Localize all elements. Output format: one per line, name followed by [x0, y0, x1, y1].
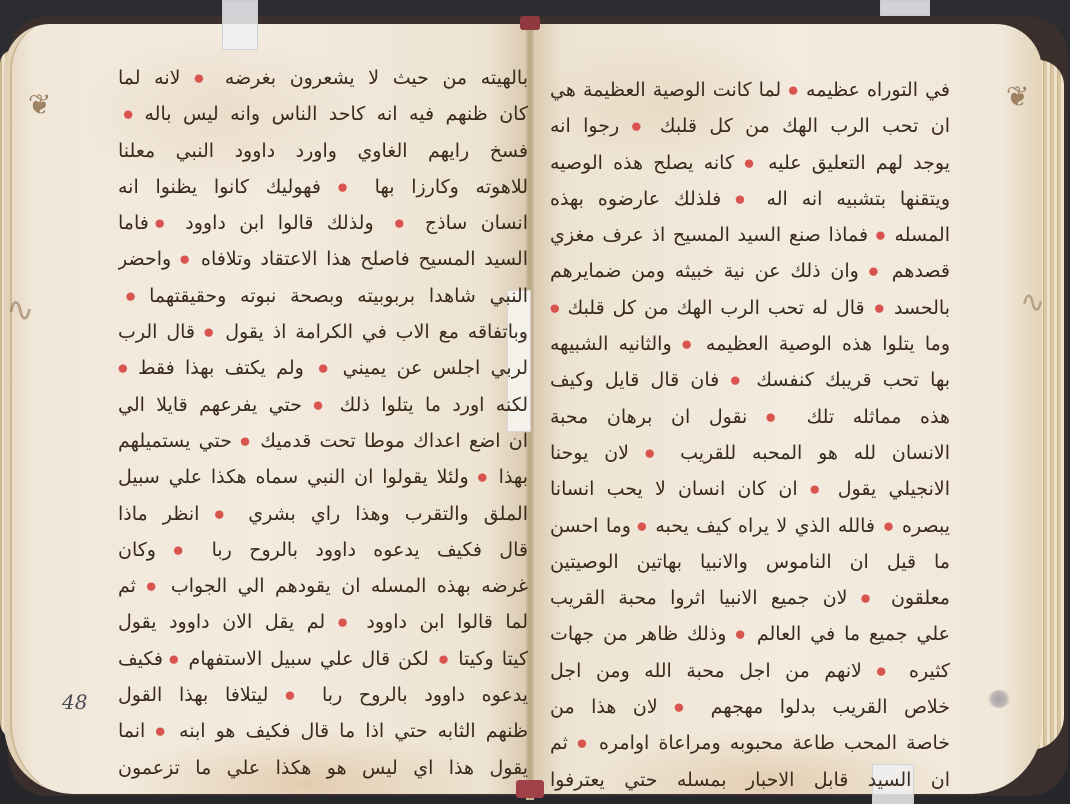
text-line: يقول هذا اي ليس هو هكذا علي ما تزعمون: [118, 750, 528, 786]
rubric-dot-icon: ●: [635, 446, 664, 459]
rubric-dot-icon: ●: [169, 652, 181, 665]
text-line: المسله ● فماذا صنع السيد المسيح اذ عرف م…: [550, 217, 950, 253]
text-line: الملق والتقرب وهذا راي بشري ● انظر ماذا: [118, 496, 528, 532]
text-line: ان اضع اعداك موطا تحت قدميك ● حتي يستميل…: [118, 423, 528, 459]
rubric-dot-icon: ●: [854, 592, 878, 605]
rubric-dot-icon: ●: [882, 519, 894, 532]
rubric-dot-icon: ●: [727, 192, 752, 205]
text-line: ما قيل ان الناموس والانبيا بهاتين الوصيت…: [550, 544, 950, 580]
rubric-dot-icon: ●: [725, 374, 745, 387]
rubric-dot-icon: ●: [740, 156, 758, 169]
rubric-dot-icon: ●: [574, 737, 590, 750]
text-line: بالحسد ● قال له تحب الرب الهك من كل قلبك…: [550, 290, 950, 326]
rubric-dot-icon: ●: [331, 616, 354, 629]
rubric-dot-icon: ●: [187, 72, 212, 85]
text-line: قال فكيف يدعوه داوود بالروح ربا ● وكان: [118, 532, 528, 568]
text-line: يبصره ● فالله الذي لا يراه كيف يحبه ● وم…: [550, 508, 950, 544]
rubric-dot-icon: ●: [201, 326, 216, 339]
rubric-dot-icon: ●: [550, 301, 560, 314]
rubric-dot-icon: ●: [118, 362, 128, 375]
margin-ornament-icon: ∿: [6, 290, 35, 330]
rubric-dot-icon: ●: [874, 229, 887, 242]
rubric-dot-icon: ●: [118, 108, 133, 121]
text-line: فسخ رايهم الغاوي واورد داوود النبي معلنا: [118, 133, 528, 169]
text-line: ويتقنها بتشبيه انه اله ● فلذلك عارضوه به…: [550, 181, 950, 217]
rubric-dot-icon: ●: [387, 217, 411, 230]
rubric-dot-icon: ●: [308, 398, 328, 411]
rubric-dot-icon: ●: [142, 580, 160, 593]
left-page-text: بالهيته من حيث لا يشعرون بغرضه ● لانه لم…: [118, 60, 528, 786]
text-line: الانسان لله هو المحبه للقريب ● لان يوحنا: [550, 435, 950, 471]
rubric-dot-icon: ●: [678, 338, 696, 351]
tape-strip-top-left: [222, 0, 258, 50]
right-page-text: في التوراه عظيمه ● لما كانت الوصية العظي…: [550, 72, 950, 798]
rubric-dot-icon: ●: [787, 84, 799, 97]
text-line: علي جميع ما في العالم ● وذلك ظاهر من جها…: [550, 616, 950, 652]
rubric-dot-icon: ●: [637, 519, 648, 532]
margin-ornament-icon: ∿: [1020, 285, 1045, 320]
rubric-dot-icon: ●: [664, 701, 694, 714]
rubric-dot-icon: ●: [804, 483, 826, 496]
text-line: قصدهم ● وان ذلك عن نية خبيثه ومن ضمايرهم: [550, 253, 950, 289]
ink-stain: [988, 690, 1010, 708]
rubric-dot-icon: ●: [314, 362, 332, 375]
rubric-dot-icon: ●: [177, 253, 192, 266]
text-line: السيد المسيح فاصلح هذا الاعتقاد وتلافاه …: [118, 241, 528, 277]
text-line: غرضه بهذه المسله ان يقودهم الي الجواب ● …: [118, 568, 528, 604]
text-line: بها تحب قريبك كنفسك ● فان قال قايل وكيف: [550, 362, 950, 398]
text-line: ظنهم الثابه حتي اذا ما قال فكيف هو ابنه …: [118, 713, 528, 749]
text-line: خلاص القريب بدلوا مهجهم ● لان هذا من: [550, 689, 950, 725]
text-line: لما قالوا ابن داوود ● لم يقل الان داوود …: [118, 604, 528, 640]
binding-thread-top: [520, 16, 540, 30]
text-line: يوجد لهم التعليق عليه ● كانه يصلح هذه ال…: [550, 145, 950, 181]
tape-strip-top-right: [880, 0, 930, 16]
margin-ornament-icon: ❦: [28, 88, 51, 121]
rubric-dot-icon: ●: [162, 543, 194, 556]
text-line: وما يتلوا هذه الوصية العظيمه ● والثانيه …: [550, 326, 950, 362]
text-line: الانجيلي يقول ● ان كان انسان لا يحب انسا…: [550, 471, 950, 507]
text-line: النبي شاهدا بربوبيته وبصحة نبوته وحقيقته…: [118, 278, 528, 314]
rubric-dot-icon: ●: [865, 265, 882, 278]
text-line: بهذا ● ولئلا يقولوا ان النبي سماه هكذا ع…: [118, 459, 528, 495]
text-line: في التوراه عظيمه ● لما كانت الوصية العظي…: [550, 72, 950, 108]
rubric-dot-icon: ●: [151, 725, 169, 738]
rubric-dot-icon: ●: [625, 120, 647, 133]
text-line: وباتفاقه مع الاب في الكرامة اذ يقول ● قا…: [118, 314, 528, 350]
rubric-dot-icon: ●: [274, 689, 305, 702]
text-line: للاهوته وكارزا بها ● فهوليك كانوا يظنوا …: [118, 169, 528, 205]
rubric-dot-icon: ●: [753, 410, 788, 423]
text-line: ان تحب الرب الهك من كل قلبك ● رجوا انه: [550, 108, 950, 144]
text-line: بالهيته من حيث لا يشعرون بغرضه ● لانه لم…: [118, 60, 528, 96]
folio-number: 48: [62, 690, 87, 714]
rubric-dot-icon: ●: [868, 664, 895, 677]
text-line: ان السيد قابل الاحبار بمسله حتي يعترفوا: [550, 762, 950, 798]
text-line: لكنه اورد ما يتلوا ذلك ● حتي يفرعهم قايل…: [118, 387, 528, 423]
rubric-dot-icon: ●: [733, 628, 748, 641]
text-line: انسان ساذج ● ولذلك قالوا ابن داوود ● فام…: [118, 205, 528, 241]
text-line: يدعوه داوود بالروح ربا ● ليتلافا بهذا ال…: [118, 677, 528, 713]
rubric-dot-icon: ●: [437, 652, 450, 665]
rubric-dot-icon: ●: [475, 471, 490, 484]
text-line: هذه مماثله تلك ● نقول ان برهان محبة: [550, 399, 950, 435]
text-line: لربي اجلس عن يميني ● ولم يكتف بهذا فقط ●: [118, 350, 528, 386]
text-line: خاصة المحب طاعة محبوبه ومراعاة اوامره ● …: [550, 725, 950, 761]
text-line: كيتا وكيتا ● لكن قال علي سبيل الاستفهام …: [118, 641, 528, 677]
rubric-dot-icon: ●: [327, 180, 358, 193]
text-line: كان ظنهم فيه انه كاحد الناس وانه ليس بال…: [118, 96, 528, 132]
rubric-dot-icon: ●: [118, 289, 135, 302]
text-line: معلقون ● لان جميع الانبيا اثروا محبة الق…: [550, 580, 950, 616]
rubric-dot-icon: ●: [238, 434, 252, 447]
rubric-dot-icon: ●: [205, 507, 233, 520]
margin-ornament-icon: ❦: [1006, 80, 1029, 113]
rubric-dot-icon: ●: [155, 217, 172, 230]
text-line: كثيره ● لانهم من اجل محبة الله ومن اجل: [550, 653, 950, 689]
rubric-dot-icon: ●: [873, 301, 886, 314]
